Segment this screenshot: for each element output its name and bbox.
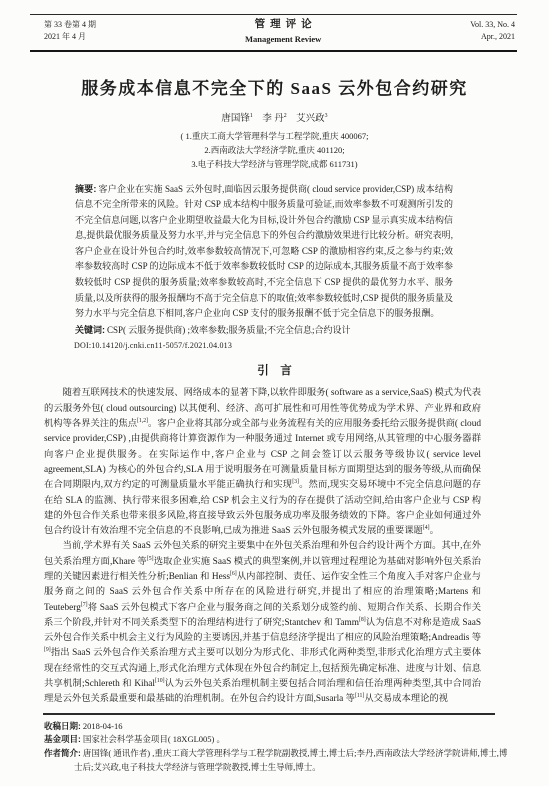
author-affiliations: ( 1.重庆工商大学管理科学与工程学院,重庆 400067; 2.西南政法大学经… [0, 129, 549, 171]
journal-page: 第 33 卷第 4 期 2021 年 4 月 管理评论 Management R… [0, 0, 549, 786]
received-date-label: 收稿日期: [44, 721, 81, 731]
abstract-block: 摘要:客户企业在实施 SaaS 云外包时,面临因云服务提供商( cloud se… [75, 182, 453, 322]
header-date-cn: 2021 年 4 月 [44, 31, 96, 43]
abstract-text: 客户企业在实施 SaaS 云外包时,面临因云服务提供商( cloud servi… [75, 184, 453, 319]
funding-label: 基金项目: [44, 734, 81, 744]
authors-line: 唐国锋1 李 丹2 艾兴政3 [0, 110, 549, 124]
author-bio-label: 作者简介: [44, 748, 81, 758]
author-bio-line: 作者简介:唐国锋( 通讯作者) ,重庆工商大学管理科学与工程学院副教授,博士,博… [44, 747, 509, 775]
keywords-text: CSP( 云服务提供商) ;效率参数;服务质量;不完全信息;合约设计 [107, 325, 351, 335]
paper-title: 服务成本信息不完全下的 SaaS 云外包合约研究 [20, 74, 529, 99]
header-issue-block-en: Vol. 33, No. 4 Apr., 2021 [470, 19, 515, 43]
intro-paragraph-2: 当前,学术界有关 SaaS 云外包关系的研究主要集中在外包关系治理和外包合约设计… [44, 539, 481, 707]
header-volume-issue-en: Vol. 33, No. 4 [470, 19, 515, 31]
keywords-label: 关键词: [75, 325, 105, 335]
header-date-en: Apr., 2021 [470, 31, 515, 43]
journal-header: 第 33 卷第 4 期 2021 年 4 月 管理评论 Management R… [30, 14, 517, 52]
journal-title-en: Management Review [245, 33, 321, 46]
affiliation-line-1: ( 1.重庆工商大学管理科学与工程学院,重庆 400067; [0, 129, 549, 143]
header-volume-issue-cn: 第 33 卷第 4 期 [44, 19, 96, 31]
footnote-divider [43, 713, 495, 715]
funding-value: 国家社会科学基金项目( 18XGL005) 。 [83, 734, 225, 744]
affiliation-line-3: 3.电子科技大学经济与管理学院,成都 611731) [0, 157, 549, 171]
intro-paragraph-1: 随着互联网技术的快速发展、网络成本的显著下降,以软件即服务( software … [44, 386, 481, 539]
author-bio-value: 唐国锋( 通讯作者) ,重庆工商大学管理科学与工程学院副教授,博士,博士后;李丹… [74, 748, 507, 772]
header-issue-block: 第 33 卷第 4 期 2021 年 4 月 [44, 19, 96, 43]
keywords-line: 关键词:CSP( 云服务提供商) ;效率参数;服务质量;不完全信息;合约设计 [75, 323, 453, 339]
doi-line: DOI:10.14120/j.cnki.cn11-5057/f.2021.04.… [74, 341, 453, 350]
abstract-label: 摘要: [75, 184, 96, 194]
received-date-value: 2018-04-16 [83, 721, 123, 731]
journal-title-cn: 管理评论 [245, 17, 321, 33]
received-date-line: 收稿日期:2018-04-16 [44, 720, 509, 734]
journal-title-block: 管理评论 Management Review [245, 17, 321, 46]
section-heading-introduction: 引 言 [0, 362, 549, 378]
introduction-body: 随着互联网技术的快速发展、网络成本的显著下降,以软件即服务( software … [44, 386, 481, 707]
funding-line: 基金项目:国家社会科学基金项目( 18XGL005) 。 [44, 733, 509, 747]
affiliation-line-2: 2.西南政法大学经济学院,重庆 401120; [0, 143, 549, 157]
footnotes-block: 收稿日期:2018-04-16 基金项目:国家社会科学基金项目( 18XGL00… [44, 720, 509, 775]
